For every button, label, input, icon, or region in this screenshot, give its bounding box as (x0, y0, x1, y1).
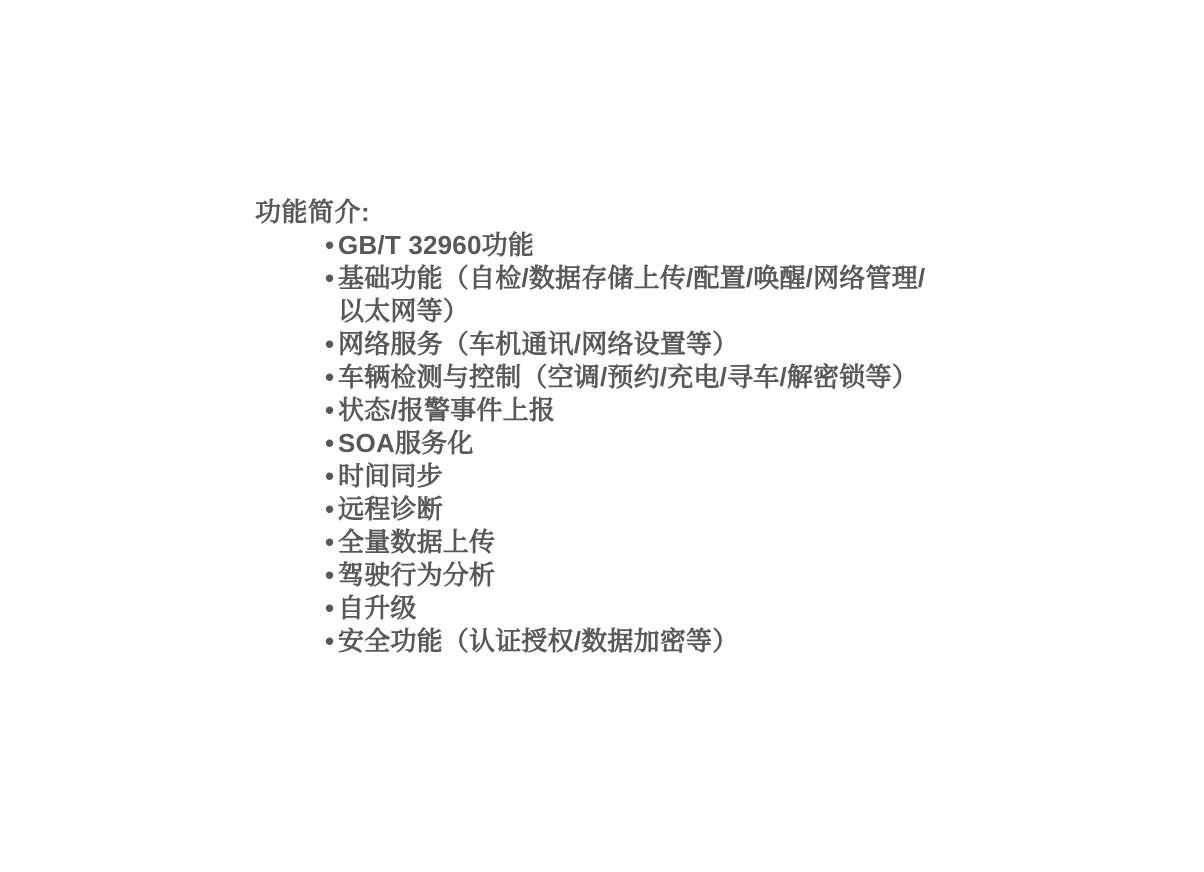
bullet-icon: • (325, 427, 338, 460)
bullet-icon: • (325, 592, 338, 625)
bullet-icon: • (325, 361, 338, 394)
bullet-icon: • (325, 526, 338, 559)
feature-item-text: GB/T 32960功能 (338, 229, 534, 262)
feature-item-text: 自升级 (338, 592, 417, 625)
feature-list-item: •GB/T 32960功能 (325, 229, 1035, 262)
feature-list-item: •自升级 (325, 592, 1035, 625)
bullet-icon: • (325, 229, 338, 262)
bullet-icon: • (325, 262, 338, 295)
bullet-icon: • (325, 493, 338, 526)
feature-item-text: SOA服务化 (338, 427, 474, 460)
bullet-icon: • (325, 460, 338, 493)
feature-list-item: •网络服务（车机通讯/网络设置等） (325, 328, 1035, 361)
feature-item-text: 远程诊断 (338, 493, 443, 526)
slide-canvas: 功能简介: •GB/T 32960功能•基础功能（自检/数据存储上传/配置/唤醒… (0, 0, 1204, 872)
bullet-icon: • (325, 328, 338, 361)
feature-section: 功能简介: •GB/T 32960功能•基础功能（自检/数据存储上传/配置/唤醒… (255, 196, 1035, 658)
feature-list-item: •安全功能（认证授权/数据加密等） (325, 625, 1035, 658)
feature-item-text: 驾驶行为分析 (338, 559, 495, 592)
feature-item-text: 基础功能（自检/数据存储上传/配置/唤醒/网络管理/ 以太网等） (338, 262, 925, 328)
feature-list-item: •全量数据上传 (325, 526, 1035, 559)
bullet-icon: • (325, 559, 338, 592)
feature-list-item: •车辆检测与控制（空调/预约/充电/寻车/解密锁等） (325, 361, 1035, 394)
feature-list-item: •远程诊断 (325, 493, 1035, 526)
feature-list-item: •状态/报警事件上报 (325, 394, 1035, 427)
bullet-icon: • (325, 394, 338, 427)
feature-item-text: 网络服务（车机通讯/网络设置等） (338, 328, 738, 361)
feature-list-item: •时间同步 (325, 460, 1035, 493)
feature-list-item: •基础功能（自检/数据存储上传/配置/唤醒/网络管理/ 以太网等） (325, 262, 1035, 328)
feature-item-text: 车辆检测与控制（空调/预约/充电/寻车/解密锁等） (338, 361, 918, 394)
feature-item-text: 状态/报警事件上报 (338, 394, 555, 427)
section-title: 功能简介: (255, 196, 1035, 229)
bullet-icon: • (325, 625, 338, 658)
feature-list-item: •SOA服务化 (325, 427, 1035, 460)
feature-list: •GB/T 32960功能•基础功能（自检/数据存储上传/配置/唤醒/网络管理/… (255, 229, 1035, 658)
feature-item-text: 安全功能（认证授权/数据加密等） (338, 625, 738, 658)
feature-item-text: 时间同步 (338, 460, 443, 493)
feature-list-item: •驾驶行为分析 (325, 559, 1035, 592)
feature-item-text: 全量数据上传 (338, 526, 495, 559)
